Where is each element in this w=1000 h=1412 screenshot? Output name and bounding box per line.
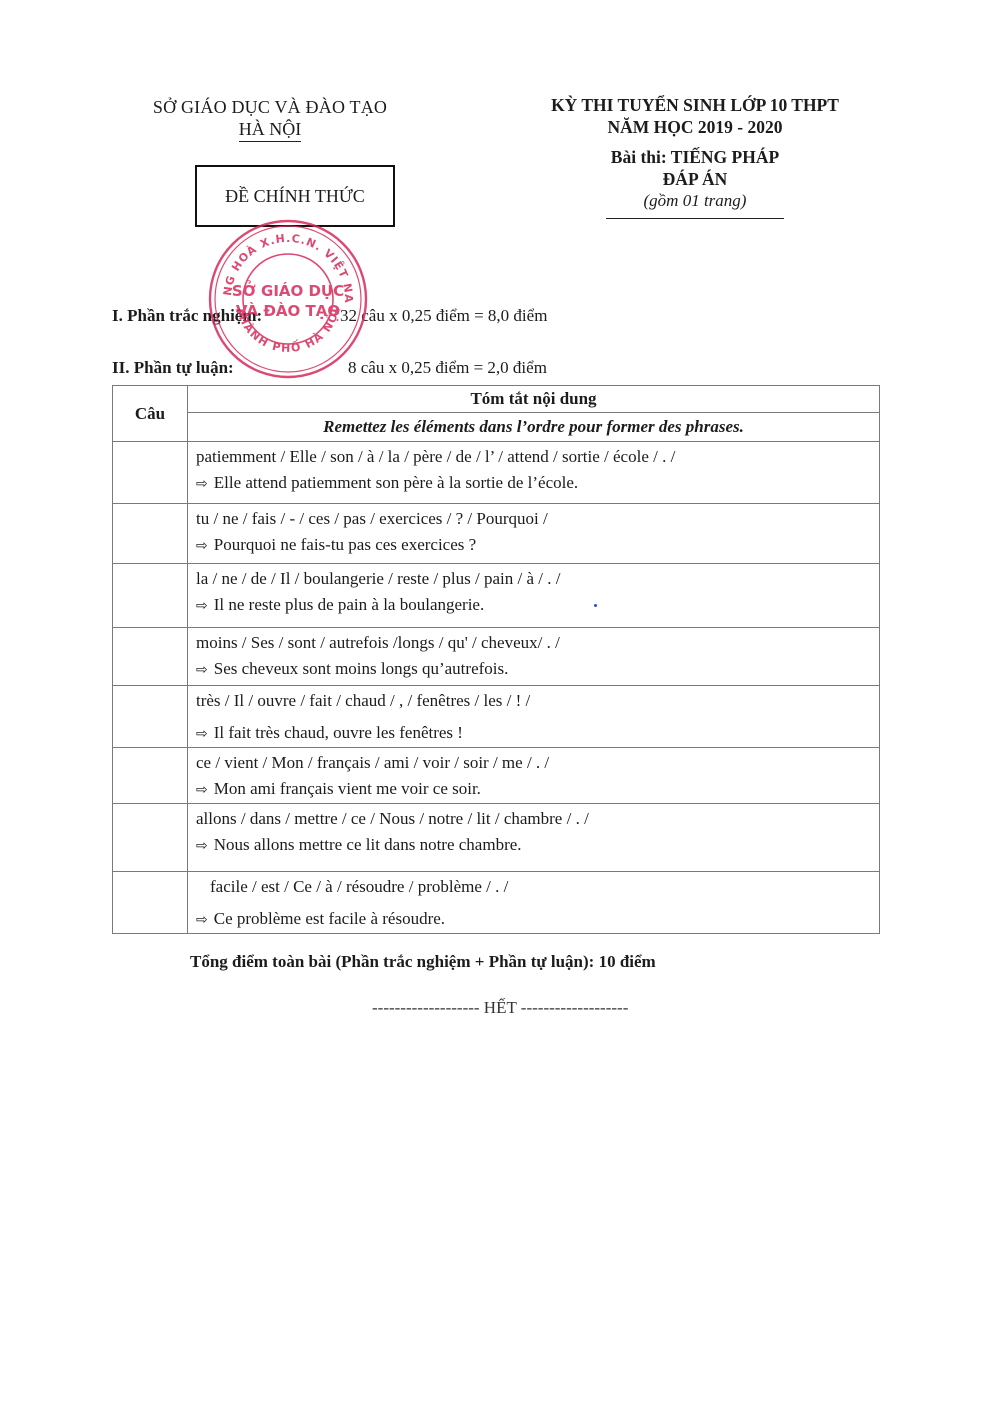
answer-sentence: Ce problème est facile à résoudre. [214,909,445,928]
table-row: ce / vient / Mon / français / ami / voir… [113,748,880,804]
scrambled-prompt: très / Il / ouvre / fait / chaud / , / f… [196,688,879,714]
exam-title: KỲ THI TUYỂN SINH LỚP 10 THPT [520,94,870,116]
table-row: allons / dans / mettre / ce / Nous / not… [113,804,880,872]
answer-sentence: Il ne reste plus de pain à la boulangeri… [214,595,484,614]
doc-type: ĐÁP ÁN [520,168,870,190]
header-rule [606,218,784,219]
answer-table: Câu Tóm tắt nội dung Remettez les élémen… [112,385,880,934]
answer-line: ⇨Nous allons mettre ce lit dans notre ch… [196,832,879,859]
official-seal: CỘNG HOÀ X.H.C.N. VIỆT NAM THÀNH PHỐ HÀ … [207,218,369,380]
score-line-essay: II. Phần tự luận: 8 câu x 0,25 điểm = 2,… [112,358,712,380]
instruction-text: Remettez les éléments dans l’ordre pour … [188,413,880,442]
answer-line: ⇨Ce problème est facile à résoudre. [196,906,879,933]
answer-sentence: Ses cheveux sont moins longs qu’autrefoi… [214,659,509,678]
arrow-right-icon: ⇨ [196,476,208,492]
score-value: 8 câu x 0,25 điểm = 2,0 điểm [348,358,547,378]
arrow-right-icon: ⇨ [196,726,208,742]
school-year: NĂM HỌC 2019 - 2020 [520,116,870,138]
answer-line: ⇨Ses cheveux sont moins longs qu’autrefo… [196,656,879,683]
row-content-cell: facile / est / Ce / à / résoudre / probl… [188,872,880,934]
issuer-header: SỞ GIÁO DỤC VÀ ĐÀO TẠO HÀ NỘI [130,96,410,142]
arrow-right-icon: ⇨ [196,782,208,798]
arrow-right-icon: ⇨ [196,838,208,854]
scrambled-prompt: la / ne / de / Il / boulangerie / reste … [196,566,879,592]
arrow-right-icon: ⇨ [196,538,208,554]
exam-header: KỲ THI TUYỂN SINH LỚP 10 THPT NĂM HỌC 20… [520,94,870,219]
row-cau-cell [113,504,188,564]
end-mark: ------------------- HẾT ----------------… [372,998,628,1018]
seal-icon: CỘNG HOÀ X.H.C.N. VIỆT NAM THÀNH PHỐ HÀ … [207,218,369,380]
answer-line: ⇨Mon ami français vient me voir ce soir. [196,776,879,803]
table-row: facile / est / Ce / à / résoudre / probl… [113,872,880,934]
answer-sentence: Pourquoi ne fais-tu pas ces exercices ? [214,535,476,554]
arrow-right-icon: ⇨ [196,912,208,928]
scrambled-prompt: tu / ne / fais / - / ces / pas / exercic… [196,506,879,532]
row-cau-cell [113,686,188,748]
arrow-right-icon: ⇨ [196,662,208,678]
subject: Bài thi: TIẾNG PHÁP [520,146,870,168]
scrambled-prompt: moins / Ses / sont / autrefois /longs / … [196,630,879,656]
table-row: la / ne / de / Il / boulangerie / reste … [113,564,880,628]
total-score: Tổng điểm toàn bài (Phần trắc nghiệm + P… [190,952,656,972]
scan-speck [594,604,597,607]
scrambled-prompt: facile / est / Ce / à / résoudre / probl… [196,874,879,900]
svg-text:★: ★ [333,306,342,317]
row-content-cell: allons / dans / mettre / ce / Nous / not… [188,804,880,872]
table-header-row: Câu Tóm tắt nội dung [113,386,880,413]
answer-sentence: Elle attend patiemment son père à la sor… [214,473,578,492]
table-row: patiemment / Elle / son / à / la / père … [113,442,880,504]
row-content-cell: tu / ne / fais / - / ces / pas / exercic… [188,504,880,564]
scrambled-prompt: patiemment / Elle / son / à / la / père … [196,444,879,470]
answer-line: ⇨Pourquoi ne fais-tu pas ces exercices ? [196,532,879,559]
answer-sentence: Mon ami français vient me voir ce soir. [214,779,481,798]
svg-text:VÀ ĐÀO TẠO: VÀ ĐÀO TẠO [236,301,340,320]
row-cau-cell [113,872,188,934]
row-content-cell: moins / Ses / sont / autrefois /longs / … [188,628,880,686]
official-label: ĐỀ CHÍNH THỨC [225,186,365,207]
answer-line: ⇨Il fait très chaud, ouvre les fenêtres … [196,720,879,747]
score-value: 32 câu x 0,25 điểm = 8,0 điểm [340,306,547,326]
answer-sentence: Il fait très chaud, ouvre les fenêtres ! [214,723,463,742]
scrambled-prompt: ce / vient / Mon / français / ami / voir… [196,750,879,776]
table-row: tu / ne / fais / - / ces / pas / exercic… [113,504,880,564]
row-cau-cell [113,442,188,504]
row-content-cell: la / ne / de / Il / boulangerie / reste … [188,564,880,628]
pages-note: (gồm 01 trang) [520,190,870,212]
arrow-right-icon: ⇨ [196,598,208,614]
row-cau-cell [113,628,188,686]
row-content-cell: patiemment / Elle / son / à / la / père … [188,442,880,504]
table-row: moins / Ses / sont / autrefois /longs / … [113,628,880,686]
instruction-row: Remettez les éléments dans l’ordre pour … [113,413,880,442]
table-row: très / Il / ouvre / fait / chaud / , / f… [113,686,880,748]
column-header-summary: Tóm tắt nội dung [188,386,880,413]
scrambled-prompt: allons / dans / mettre / ce / Nous / not… [196,806,879,832]
answer-line: ⇨Elle attend patiemment son père à la so… [196,470,879,497]
row-content-cell: ce / vient / Mon / français / ami / voir… [188,748,880,804]
score-line-multiple-choice: I. Phần trắc nghiệm: 32 câu x 0,25 điểm … [112,306,712,328]
row-cau-cell [113,804,188,872]
svg-text:SỞ GIÁO DỤC: SỞ GIÁO DỤC [232,279,344,300]
row-content-cell: très / Il / ouvre / fait / chaud / , / f… [188,686,880,748]
column-header-cau: Câu [113,386,188,442]
answer-line: ⇨Il ne reste plus de pain à la boulanger… [196,592,879,619]
row-cau-cell [113,564,188,628]
department-name: SỞ GIÁO DỤC VÀ ĐÀO TẠO [130,96,410,118]
svg-text:★: ★ [235,306,244,317]
city-name: HÀ NỘI [239,118,302,142]
answer-sentence: Nous allons mettre ce lit dans notre cha… [214,835,522,854]
row-cau-cell [113,748,188,804]
